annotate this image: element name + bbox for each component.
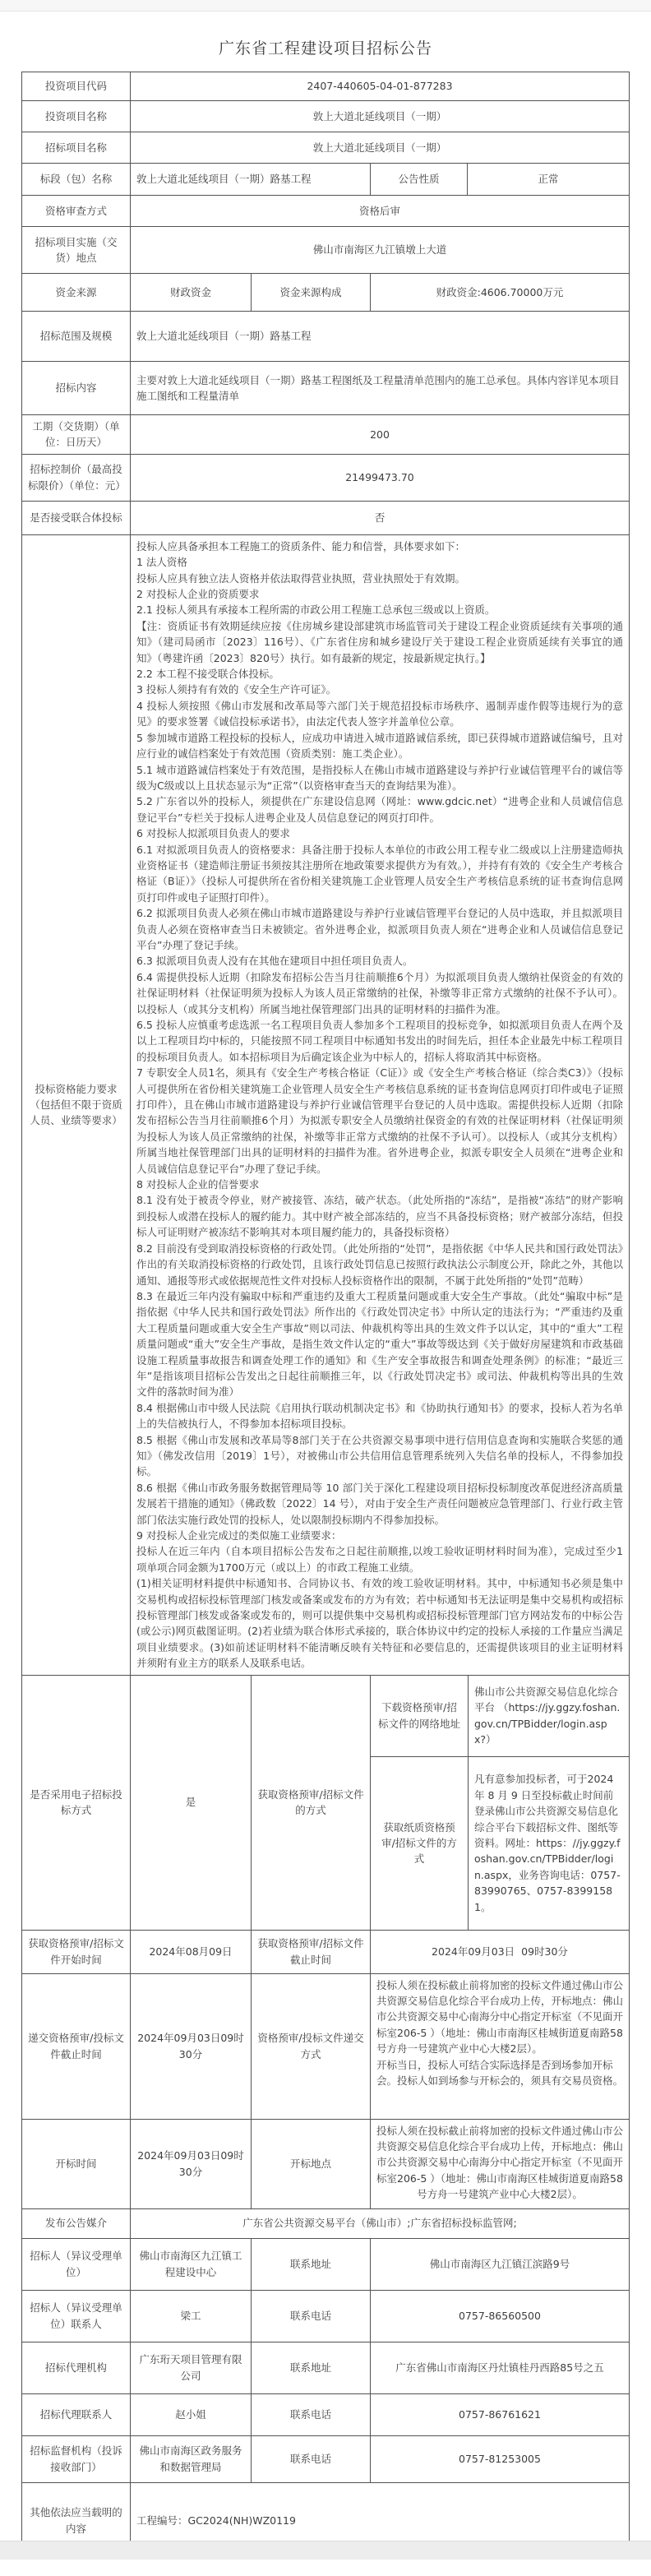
field-value: 佛山市南海区九江镇工程建设中心 (131, 2239, 252, 2290)
row-media: 发布公告媒介 广东省公共资源交易平台（佛山市）;广东省招标投标监管网; (22, 2209, 629, 2239)
field-label: 招标项目实施（交货）地点 (22, 227, 131, 273)
field-value: 广东珩天项目管理有限公司 (131, 2342, 252, 2393)
field-value: 敦上大道北延线项目（一期） (131, 132, 629, 163)
row-section-name: 标段（包）名称 敦上大道北延线项目（一期）路基工程 公告性质 正常 (22, 164, 629, 196)
row-scope: 招标范围及规模 敦上大道北延线项目（一期）路基工程 (22, 312, 629, 362)
field-label: 资格审查方式 (22, 196, 131, 226)
field-value: 21499473.70 (131, 455, 629, 501)
field-value: 凡有意参加投标者，可于2024年 8 月 9 日至投标截止时间前登录佛山市公共资… (469, 1757, 629, 1930)
row-invest-code: 投资项目代码 2407-440605-04-01-877283 (22, 72, 629, 101)
field-value: 赵小姐 (131, 2394, 252, 2435)
field-label: 招标内容 (22, 362, 131, 414)
row-invest-name: 投资项目名称 敦上大道北延线项目（一期） (22, 101, 629, 132)
field-label: 获取资格预审/招标文件截止时间 (252, 1931, 371, 1973)
row-qualification-requirements: 投标资格能力要求（包括但不限于资质人员、业绩等要求） 投标人应具备承担本工程施工… (22, 535, 629, 1676)
field-value: 主要对敦上大道北延线项目（一期）路基工程图纸及工程量清单范围内的施工总承包。具体… (131, 362, 629, 414)
field-label: 资格预审/投标文件递交方式 (252, 1974, 371, 2119)
field-label: 发布公告媒介 (22, 2209, 131, 2238)
field-value: 2024年09月03日09时30分 (131, 2120, 252, 2208)
nested-row-download-url: 下载资格预审/招标文件的网络地址 佛山市公共资源交易信息化综合平台 （https… (371, 1676, 629, 1757)
field-label: 联系电话 (252, 2291, 371, 2342)
field-value: 否 (131, 502, 629, 534)
field-label: 开标时间 (22, 2120, 131, 2208)
field-label: 获取资格预审/招标文件的方式 (252, 1676, 371, 1930)
field-value: 0757-81253005 (371, 2436, 629, 2482)
field-label: 工期（交货期）（单位：日历天） (22, 415, 131, 454)
field-label: 是否采用电子招标投标方式 (22, 1676, 131, 1930)
field-label: 投资项目名称 (22, 101, 131, 132)
field-label: 招标项目名称 (22, 132, 131, 163)
field-label: 开标地点 (252, 2120, 371, 2208)
field-label: 招标人（异议受理单位）联系人 (22, 2291, 131, 2342)
row-agency: 招标代理机构 广东珩天项目管理有限公司 联系地址 广东省佛山市南海区丹灶镇桂丹西… (22, 2342, 629, 2394)
field-value: 资格后审 (131, 196, 629, 226)
row-location: 招标项目实施（交货）地点 佛山市南海区九江镇墩上大道 (22, 227, 629, 274)
field-value: 佛山市南海区九江镇墩上大道 (131, 227, 629, 273)
field-value: 投标人应具备承担本工程施工的资质条件、能力和信誉，具体要求如下： 1 法人资格 … (131, 535, 629, 1675)
page-title: 广东省工程建设项目招标公告 (0, 36, 651, 58)
field-value: 敦上大道北延线项目（一期）路基工程 (131, 164, 371, 195)
field-value: 财政资金 (131, 274, 252, 311)
field-value: 2024年08月09日 (131, 1931, 252, 1973)
field-value: 投标人须在投标截止前将加密的投标文件通过佛山市公共资源交易信息化综合平台成功上传… (371, 2120, 629, 2208)
row-tender-name: 招标项目名称 敦上大道北延线项目（一期） (22, 132, 629, 164)
field-value: 广东省公共资源交易平台（佛山市）;广东省招标投标监管网; (131, 2209, 629, 2238)
field-label: 联系电话 (252, 2394, 371, 2435)
field-label: 资金来源 (22, 274, 131, 311)
row-submission: 递交资格预审/投标文件截止时间 2024年09月03日09时30分 资格预审/投… (22, 1974, 629, 2120)
row-opening: 开标时间 2024年09月03日09时30分 开标地点 投标人须在投标截止前将加… (22, 2120, 629, 2209)
row-e-bidding: 是否采用电子招标投标方式 是 获取资格预审/招标文件的方式 下载资格预审/招标文… (22, 1676, 629, 1931)
field-value: 敦上大道北延线项目（一期） (131, 101, 629, 132)
field-value: 200 (131, 415, 629, 454)
field-value: 投标人须在投标截止前将加密的投标文件通过佛山市公共资源交易信息化综合平台成功上传… (371, 1974, 629, 2119)
field-label: 联系地址 (252, 2342, 371, 2393)
row-content: 招标内容 主要对敦上大道北延线项目（一期）路基工程图纸及工程量清单范围内的施工总… (22, 362, 629, 415)
field-label: 招标范围及规模 (22, 312, 131, 361)
nested-doc-access: 下载资格预审/招标文件的网络地址 佛山市公共资源交易信息化综合平台 （https… (371, 1676, 629, 1930)
field-label: 获取资格预审/招标文件开始时间 (22, 1931, 131, 1973)
row-agency-contact: 招标代理联系人 赵小姐 联系电话 0757-86761621 (22, 2394, 629, 2436)
nested-row-paper-docs: 获取纸质资格预审/招标文件的方式 凡有意参加投标者，可于2024年 8 月 9 … (371, 1757, 629, 1930)
footer-bar (0, 2541, 651, 2560)
row-tenderer-contact: 招标人（异议受理单位）联系人 梁工 联系电话 0757-86560500 (22, 2291, 629, 2342)
field-value: 2407-440605-04-01-877283 (131, 72, 629, 100)
field-value: 2024年09月03日 09时30分 (371, 1931, 629, 1973)
field-value: 佛山市南海区九江镇江滨路9号 (371, 2239, 629, 2290)
row-supervisor: 招标监督机构（投诉接收部门） 佛山市南海区政务服务和数据管理局 联系电话 075… (22, 2436, 629, 2483)
field-value: 佛山市南海区政务服务和数据管理局 (131, 2436, 252, 2482)
row-control-price: 招标控制价（最高投标限价）（单位：元） 21499473.70 (22, 455, 629, 502)
field-label: 招标代理联系人 (22, 2394, 131, 2435)
field-value: 是 (131, 1676, 252, 1930)
field-label: 下载资格预审/招标文件的网络地址 (371, 1676, 469, 1756)
field-value: 财政资金:4606.70000万元 (371, 274, 629, 311)
field-label: 是否接受联合体投标 (22, 502, 131, 534)
field-label: 资金来源构成 (252, 274, 371, 311)
field-value: 2024年09月03日09时30分 (131, 1974, 252, 2119)
field-value: 广东省佛山市南海区丹灶镇桂丹西路85号之五 (371, 2342, 629, 2393)
announcement-table: 投资项目代码 2407-440605-04-01-877283 投资项目名称 敦… (21, 72, 630, 2560)
field-label: 联系电话 (252, 2436, 371, 2482)
field-label: 招标控制价（最高投标限价）（单位：元） (22, 455, 131, 501)
field-value: 敦上大道北延线项目（一期）路基工程 (131, 312, 629, 361)
top-divider (0, 0, 651, 12)
row-tenderer: 招标人（异议受理单位） 佛山市南海区九江镇工程建设中心 联系地址 佛山市南海区九… (22, 2239, 629, 2291)
field-value: 0757-86761621 (371, 2394, 629, 2435)
field-label: 公告性质 (371, 164, 468, 195)
field-label: 获取纸质资格预审/招标文件的方式 (371, 1757, 469, 1930)
field-value: 0757-86560500 (371, 2291, 629, 2342)
row-duration: 工期（交货期）（单位：日历天） 200 (22, 415, 629, 455)
field-label: 联系地址 (252, 2239, 371, 2290)
field-value: 佛山市公共资源交易信息化综合平台 （https://jy.ggzy.foshan… (469, 1676, 629, 1756)
field-label: 招标代理机构 (22, 2342, 131, 2393)
row-consortium: 是否接受联合体投标 否 (22, 502, 629, 535)
field-label: 投标资格能力要求（包括但不限于资质人员、业绩等要求） (22, 535, 131, 1675)
row-funding: 资金来源 财政资金 资金来源构成 财政资金:4606.70000万元 (22, 274, 629, 312)
field-label: 招标监督机构（投诉接收部门） (22, 2436, 131, 2482)
field-label: 递交资格预审/投标文件截止时间 (22, 1974, 131, 2119)
field-label: 招标人（异议受理单位） (22, 2239, 131, 2290)
row-qualification-review: 资格审查方式 资格后审 (22, 196, 629, 227)
field-label: 标段（包）名称 (22, 164, 131, 195)
field-value: 梁工 (131, 2291, 252, 2342)
announcement-page: 广东省工程建设项目招标公告 投资项目代码 2407-440605-04-01-8… (0, 0, 651, 2560)
row-doc-obtain-time: 获取资格预审/招标文件开始时间 2024年08月09日 获取资格预审/招标文件截… (22, 1931, 629, 1974)
field-value: 正常 (468, 164, 629, 195)
field-label: 投资项目代码 (22, 72, 131, 100)
